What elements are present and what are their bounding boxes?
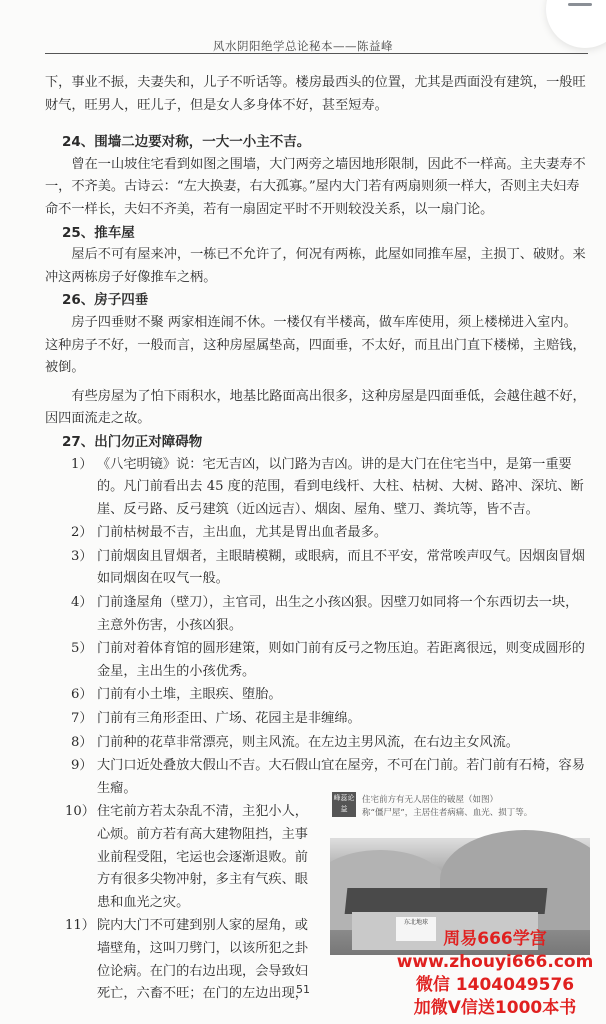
list-item: 4）门前逢屋角（壁刀），主官司，出生之小孩凶狠。因壁刀如同将一个东西切去一块，主…	[45, 592, 587, 637]
photo-caption: 称“僵尸屋”，主居住者病痛、血光、损丁等。	[362, 806, 532, 818]
section-heading-26: 26、房子四垂	[45, 289, 587, 312]
header-rule	[45, 53, 588, 54]
paragraph: 有些房屋为了怕下雨积水，地基比路面高出很多，这种房屋是四面垂低，会越住越不好，因…	[45, 386, 587, 431]
list-item: 5）门前对着体育馆的圆形建策，则如门前有反弓之物压迫。若距离很远，则变成圆形的金…	[45, 638, 587, 683]
paragraph: 房子四垂财不聚 两家相连闹不休。一楼仅有半楼高，做车库使用，须上楼梯进入室内。这…	[45, 312, 587, 380]
watermark-url: www.zhouyi666.com	[385, 951, 605, 974]
watermark-line: 加微V信送1000本书	[385, 997, 605, 1020]
section-heading-24: 24、围墙二边要对称，一大一小主不吉。	[45, 131, 587, 154]
list-item: 1）《八宅明镜》说：宅无吉凶，以门路为吉凶。讲的是大门在住宅当中，是第一重要的。…	[45, 454, 587, 522]
section-heading-25: 25、推车屋	[45, 222, 587, 245]
watermark: 周易666学宫 www.zhouyi666.com 微信 1404049576 …	[385, 928, 605, 1020]
intro-paragraph: 下，事业不振，夫妻失和，儿子不听话等。楼房最西头的位置，尤其是西面没有建筑，一般…	[45, 72, 587, 117]
paragraph: 屋后不可有屋来冲，一栋已不允许了，何况有两栋，此屋如同推车屋，主损丁、破财。来冲…	[45, 244, 587, 289]
photo-caption: 住宅前方有无人居住的破屋（如图）	[362, 793, 498, 805]
minus-icon	[568, 3, 592, 6]
list-item: 8）门前种的花草非常漂亮，则主风流。在左边主男风流，在右边主女风流。	[45, 732, 587, 755]
badge-logo: 峰蕊论益	[332, 792, 356, 817]
house-roof	[345, 888, 548, 914]
paragraph: 曾在一山坡住宅看到如图之围墙，大门两旁之墙因地形限制，因此不一样高。主夫妻寿不一…	[45, 154, 587, 222]
list-item: 6）门前有小土堆，主眼疾、堕胎。	[45, 684, 587, 707]
list-item: 10）住宅前方若太杂乱不清，主犯小人，心烦。前方若有高大建物阻挡，主事业前程受阻…	[45, 801, 317, 914]
list-item: 2）门前枯树最不吉，主出血，尤其是胃出血者最多。	[45, 522, 587, 545]
watermark-line: 微信 1404049576	[385, 974, 605, 997]
section-heading-27: 27、出门勿正对障碍物	[45, 431, 587, 454]
running-header: 风水阴阳绝学总论秘本——陈益峰	[0, 38, 606, 54]
watermark-line: 周易666学宫	[385, 928, 605, 951]
list-item: 7）门前有三角形歪田、广场、花园主是非缠绵。	[45, 708, 587, 731]
list-item: 3）门前烟囱且冒烟者，主眼睛模糊，或眼病，而且不平安，常常唉声叹气。因烟囱冒烟如…	[45, 546, 587, 591]
